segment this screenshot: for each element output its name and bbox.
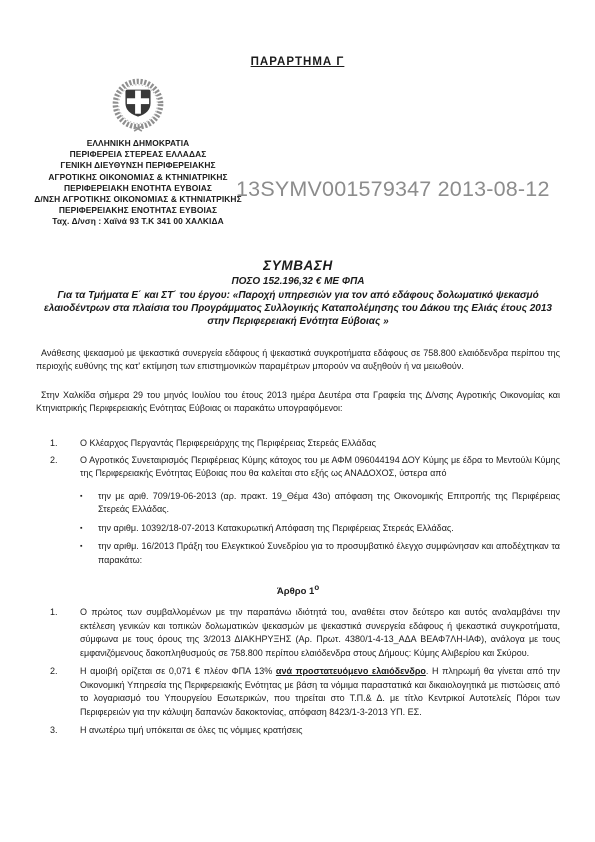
- article-item-3: 3. Η ανωτέρω τιμή υπόκειται σε όλες τις …: [36, 724, 560, 738]
- party-text: Ο Κλέαρχος Περγαντάς Περιφερειάρχης της …: [80, 437, 560, 451]
- article-item-text: Η ανωτέρω τιμή υπόκειται σε όλες τις νόμ…: [80, 724, 560, 738]
- square-bullet-icon: ▪: [80, 540, 98, 567]
- letterhead-line-region: ΠΕΡΙΦΕΡΕΙΑ ΣΤΕΡΕΑΣ ΕΛΛΑΔΑΣ: [10, 149, 266, 160]
- article-heading-ordinal: ο: [314, 583, 319, 592]
- contract-title: ΣΥΜΒΑΣΗ: [36, 258, 560, 273]
- letterhead-line-gen-dir-2: ΑΓΡΟΤΙΚΗΣ ΟΙΚΟΝΟΜΙΑΣ & ΚΤΗΝΙΑΤΡΙΚΗΣ: [10, 172, 266, 183]
- fee-text-pre: Η αμοιβή ορίζεται σε 0,071 € πλέον ΦΠΑ 1…: [80, 666, 276, 676]
- fee-per-tree-underlined: ανά προστατευόμενο ελαιόδενδρο: [276, 666, 426, 676]
- letterhead-line-dept-2: ΠΕΡΙΦΕΡΕΙΑΚΗΣ ΕΝΟΤΗΤΑΣ ΕΥΒΟΙΑΣ: [10, 205, 266, 216]
- contract-subject: Για τα Τμήματα Ε΄ και ΣΤ΄ του έργου: «Πα…: [36, 289, 560, 328]
- article-1-heading: Άρθρο 1ο: [36, 583, 560, 597]
- article-item-number: 2.: [50, 665, 80, 719]
- article-item-number: 3.: [50, 724, 80, 738]
- registry-number-watermark: 13SYMV001579347 2013-08-12: [236, 177, 550, 202]
- bullet-text: την αριθμ. 10392/18-07-2013 Κατακυρωτική…: [98, 522, 560, 536]
- bullet-text: την με αριθ. 709/19-06-2013 (αρ. πρακτ. …: [98, 490, 560, 517]
- article-1-items: 1. Ο πρώτος των συμβαλλομένων με την παρ…: [36, 606, 560, 738]
- letterhead-line-gen-dir-1: ΓΕΝΙΚΗ ΔΙΕΥΘΥΝΣΗ ΠΕΡΙΦΕΡΕΙΑΚΗΣ: [10, 160, 266, 171]
- contract-body: ΣΥΜΒΑΣΗ ΠΟΣΟ 152.196,32 € ΜΕ ΦΠΑ Για τα …: [36, 258, 560, 743]
- square-bullet-icon: ▪: [80, 490, 98, 517]
- annex-heading: ΠΑΡΑΡΤΗΜΑ Γ: [0, 56, 595, 68]
- paragraph-meeting: Στην Χαλκίδα σήμερα 29 του μηνός Ιουλίου…: [36, 389, 560, 415]
- bullet-item-decision-2: ▪ την αριθμ. 10392/18-07-2013 Κατακυρωτι…: [80, 522, 560, 536]
- decision-bullet-list: ▪ την με αριθ. 709/19-06-2013 (αρ. πρακτ…: [36, 490, 560, 568]
- greek-national-emblem-icon: [107, 78, 169, 134]
- letterhead-line-unit: ΠΕΡΙΦΕΡΕΙΑΚΗ ΕΝΟΤΗΤΑ ΕΥΒΟΙΑΣ: [10, 183, 266, 194]
- article-item-text: Η αμοιβή ορίζεται σε 0,071 € πλέον ΦΠΑ 1…: [80, 665, 560, 719]
- bullet-text: την αριθμ. 16/2013 Πράξη του Ελεγκτικού …: [98, 540, 560, 567]
- paragraph-assignment: Ανάθεσης ψεκασμού με ψεκαστικά συνεργεία…: [36, 347, 560, 373]
- article-heading-text: Άρθρο 1: [277, 586, 314, 597]
- article-item-number: 1.: [50, 606, 80, 660]
- bullet-item-decision-3: ▪ την αριθμ. 16/2013 Πράξη του Ελεγκτικο…: [80, 540, 560, 567]
- party-item-2: 2. Ο Αγροτικός Συνεταιρισμός Περιφέρειας…: [36, 454, 560, 481]
- letterhead-line-address: Ταχ. Δ/νση : Χαϊνά 93 Τ.Κ 341 00 ΧΑΛΚΙΔΑ: [10, 216, 266, 227]
- article-item-text: Ο πρώτος των συμβαλλομένων με την παραπά…: [80, 606, 560, 660]
- party-number: 1.: [50, 437, 80, 451]
- article-item-1: 1. Ο πρώτος των συμβαλλομένων με την παρ…: [36, 606, 560, 660]
- contract-amount: ΠΟΣΟ 152.196,32 € ΜΕ ΦΠΑ: [36, 276, 560, 287]
- party-item-1: 1. Ο Κλέαρχος Περγαντάς Περιφερειάρχης τ…: [36, 437, 560, 451]
- party-text: Ο Αγροτικός Συνεταιρισμός Περιφέρειας Κύ…: [80, 454, 560, 481]
- bullet-item-decision-1: ▪ την με αριθ. 709/19-06-2013 (αρ. πρακτ…: [80, 490, 560, 517]
- party-number: 2.: [50, 454, 80, 481]
- letterhead-line-republic: ΕΛΛΗΝΙΚΗ ΔΗΜΟΚΡΑΤΙΑ: [10, 138, 266, 149]
- letterhead: ΕΛΛΗΝΙΚΗ ΔΗΜΟΚΡΑΤΙΑ ΠΕΡΙΦΕΡΕΙΑ ΣΤΕΡΕΑΣ Ε…: [10, 78, 266, 228]
- contract-document-page: ΠΑΡΑΡΤΗΜΑ Γ ΕΛΛΗΝΙΚΗ ΔΗΜΟΚΡΑΤΙΑ ΠΕΡΙΦΕΡΕ…: [0, 0, 595, 842]
- article-item-2: 2. Η αμοιβή ορίζεται σε 0,071 € πλέον ΦΠ…: [36, 665, 560, 719]
- parties-list: 1. Ο Κλέαρχος Περγαντάς Περιφερειάρχης τ…: [36, 437, 560, 481]
- contract-title-block: ΣΥΜΒΑΣΗ ΠΟΣΟ 152.196,32 € ΜΕ ΦΠΑ Για τα …: [36, 258, 560, 328]
- letterhead-line-dept-1: Δ/ΝΣΗ ΑΓΡΟΤΙΚΗΣ ΟΙΚΟΝΟΜΙΑΣ & ΚΤΗΝΙΑΤΡΙΚΗ…: [10, 194, 266, 205]
- square-bullet-icon: ▪: [80, 522, 98, 536]
